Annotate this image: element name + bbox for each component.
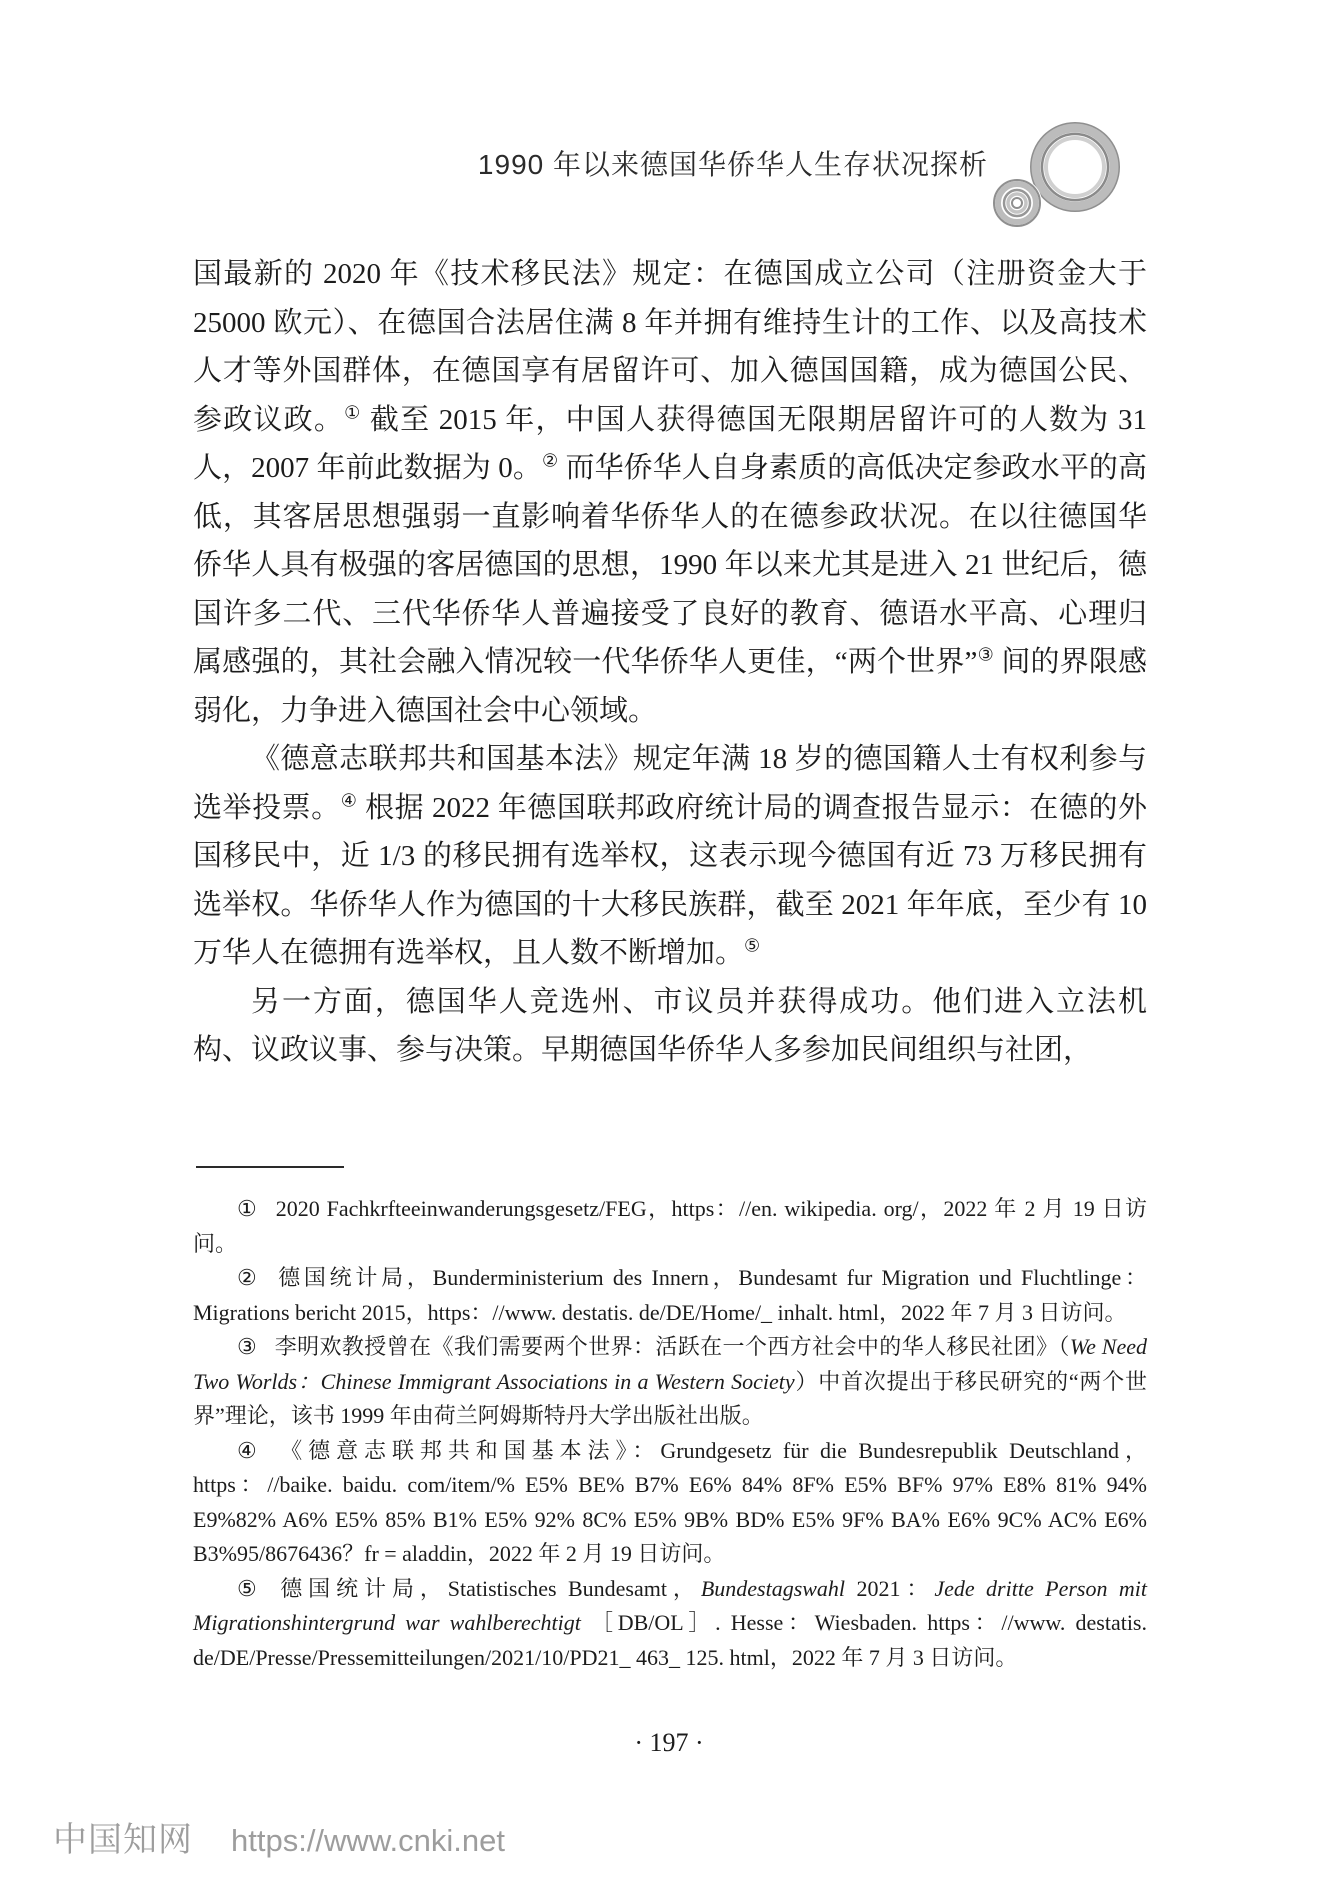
footnotes-section: ①2020 Fachkrfteeinwanderungsgesetz/FEG，h… xyxy=(193,1192,1147,1675)
footnote-marker: ② xyxy=(237,1265,260,1290)
footnote-marker: ① xyxy=(237,1196,258,1221)
footnote-ref-3: ③ xyxy=(977,644,993,664)
paragraph-text: 另一方面，德国华人竞选州、市议员并获得成功。他们进入立法机构、议政议事、参与决策… xyxy=(193,986,1147,1067)
footnote-ref-5: ⑤ xyxy=(744,935,760,955)
body-paragraph: 国最新的 2020 年《技术移民法》规定：在德国成立公司（注册资金大于 2500… xyxy=(193,250,1147,735)
body-text: 国最新的 2020 年《技术移民法》规定：在德国成立公司（注册资金大于 2500… xyxy=(193,250,1147,1075)
footnote-text: 2020 Fachkrfteeinwanderungsgesetz/FEG，ht… xyxy=(193,1196,1147,1256)
footnote-separator xyxy=(196,1166,344,1168)
paragraph-text: 而华侨华人自身素质的高低决定参政水平的高低，其客居思想强弱一直影响着华侨华人的在… xyxy=(193,452,1147,678)
watermark-url: https://www.cnki.net xyxy=(231,1823,505,1859)
footnote-ref-1: ① xyxy=(344,402,361,422)
footnote-text: 《德意志联邦共和国基本法》：Grundgesetz für die Bundes… xyxy=(193,1438,1147,1567)
footnote-text: 2021： xyxy=(845,1576,934,1601)
footnote-text: 李明欢教授曾在《我们需要两个世界：活跃在一个西方社会中的华人移民社团》（ xyxy=(275,1334,1070,1359)
footnote-ref-2: ② xyxy=(542,450,558,470)
footnote-text: 德国统计局，Statistisches Bundesamt， xyxy=(280,1576,701,1601)
footnote: ②德国统计局，Bunderministerium des Innern，Bund… xyxy=(193,1261,1147,1330)
footnote-marker: ③ xyxy=(237,1334,257,1359)
document-page: 1990 年以来德国华侨华人生存状况探析 国最新的 2020 年《技术移民法》规… xyxy=(0,0,1338,1890)
watermark: 中国知网 https://www.cnki.net xyxy=(53,1812,505,1861)
body-paragraph: 另一方面，德国华人竞选州、市议员并获得成功。他们进入立法机构、议政议事、参与决策… xyxy=(193,978,1147,1075)
body-paragraph: 《德意志联邦共和国基本法》规定年满 18 岁的德国籍人士有权利参与选举投票。④ … xyxy=(193,735,1147,978)
footnote: ③李明欢教授曾在《我们需要两个世界：活跃在一个西方社会中的华人移民社团》（We … xyxy=(193,1330,1147,1434)
footnote-text: 德国统计局，Bunderministerium des Innern，Bunde… xyxy=(193,1265,1147,1325)
footnote: ⑤德国统计局，Statistisches Bundesamt，Bundestag… xyxy=(193,1572,1147,1676)
page-number: · 197 · xyxy=(0,1728,1338,1758)
watermark-brand: 中国知网 xyxy=(53,1812,193,1861)
footnote: ①2020 Fachkrfteeinwanderungsgesetz/FEG，h… xyxy=(193,1192,1147,1261)
footnote-ref-4: ④ xyxy=(341,790,358,810)
footnote-marker: ④ xyxy=(237,1438,263,1463)
page-title: 1990 年以来德国华侨华人生存状况探析 xyxy=(478,151,988,179)
footnote-marker: ⑤ xyxy=(237,1576,263,1601)
footnote-text-italic: Bundestagswahl xyxy=(701,1576,845,1601)
footnote: ④《德意志联邦共和国基本法》：Grundgesetz für die Bunde… xyxy=(193,1434,1147,1572)
rings-logo-icon xyxy=(955,115,1135,255)
